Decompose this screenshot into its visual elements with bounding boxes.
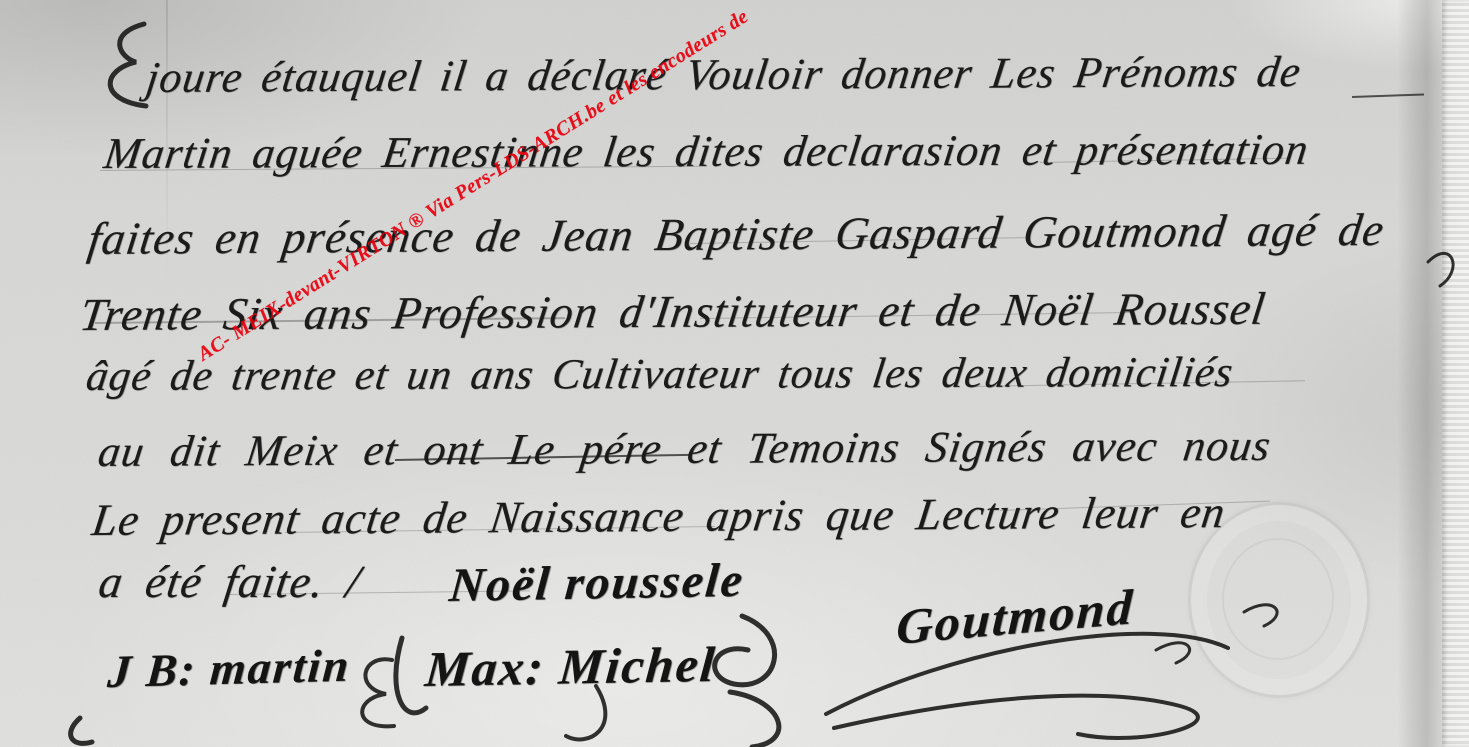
- manuscript-line-1: joure étauquel il a déclaré Vouloir donn…: [143, 46, 1304, 103]
- manuscript-line-7: Le present acte de Naissance apris que L…: [89, 486, 1229, 546]
- signature-max-michel: Max: Michel: [423, 635, 719, 698]
- manuscript-line-6: au dit Meix et ont Le pére et Temoins Si…: [95, 420, 1274, 477]
- page-edge-shadow: [1397, 0, 1443, 747]
- embossed-seal-inner-ring: [1222, 538, 1334, 660]
- manuscript-line-3: faites en présence de Jean Baptiste Gasp…: [85, 203, 1388, 265]
- manuscript-line-2: Martin aguée Ernestinne les dites declar…: [101, 124, 1312, 179]
- signature-noel-roussel: Noël roussele: [447, 553, 746, 613]
- scanned-record-page: joure étauquel il a déclaré Vouloir donn…: [0, 0, 1469, 747]
- signature-jb-martin: J B: martin: [106, 639, 353, 698]
- manuscript-line-5: âgé de trente et un ans Cultivateur tous…: [83, 348, 1236, 401]
- manuscript-line-8: a été faite. /: [96, 555, 365, 608]
- page-edge-ribbed: [1442, 0, 1469, 747]
